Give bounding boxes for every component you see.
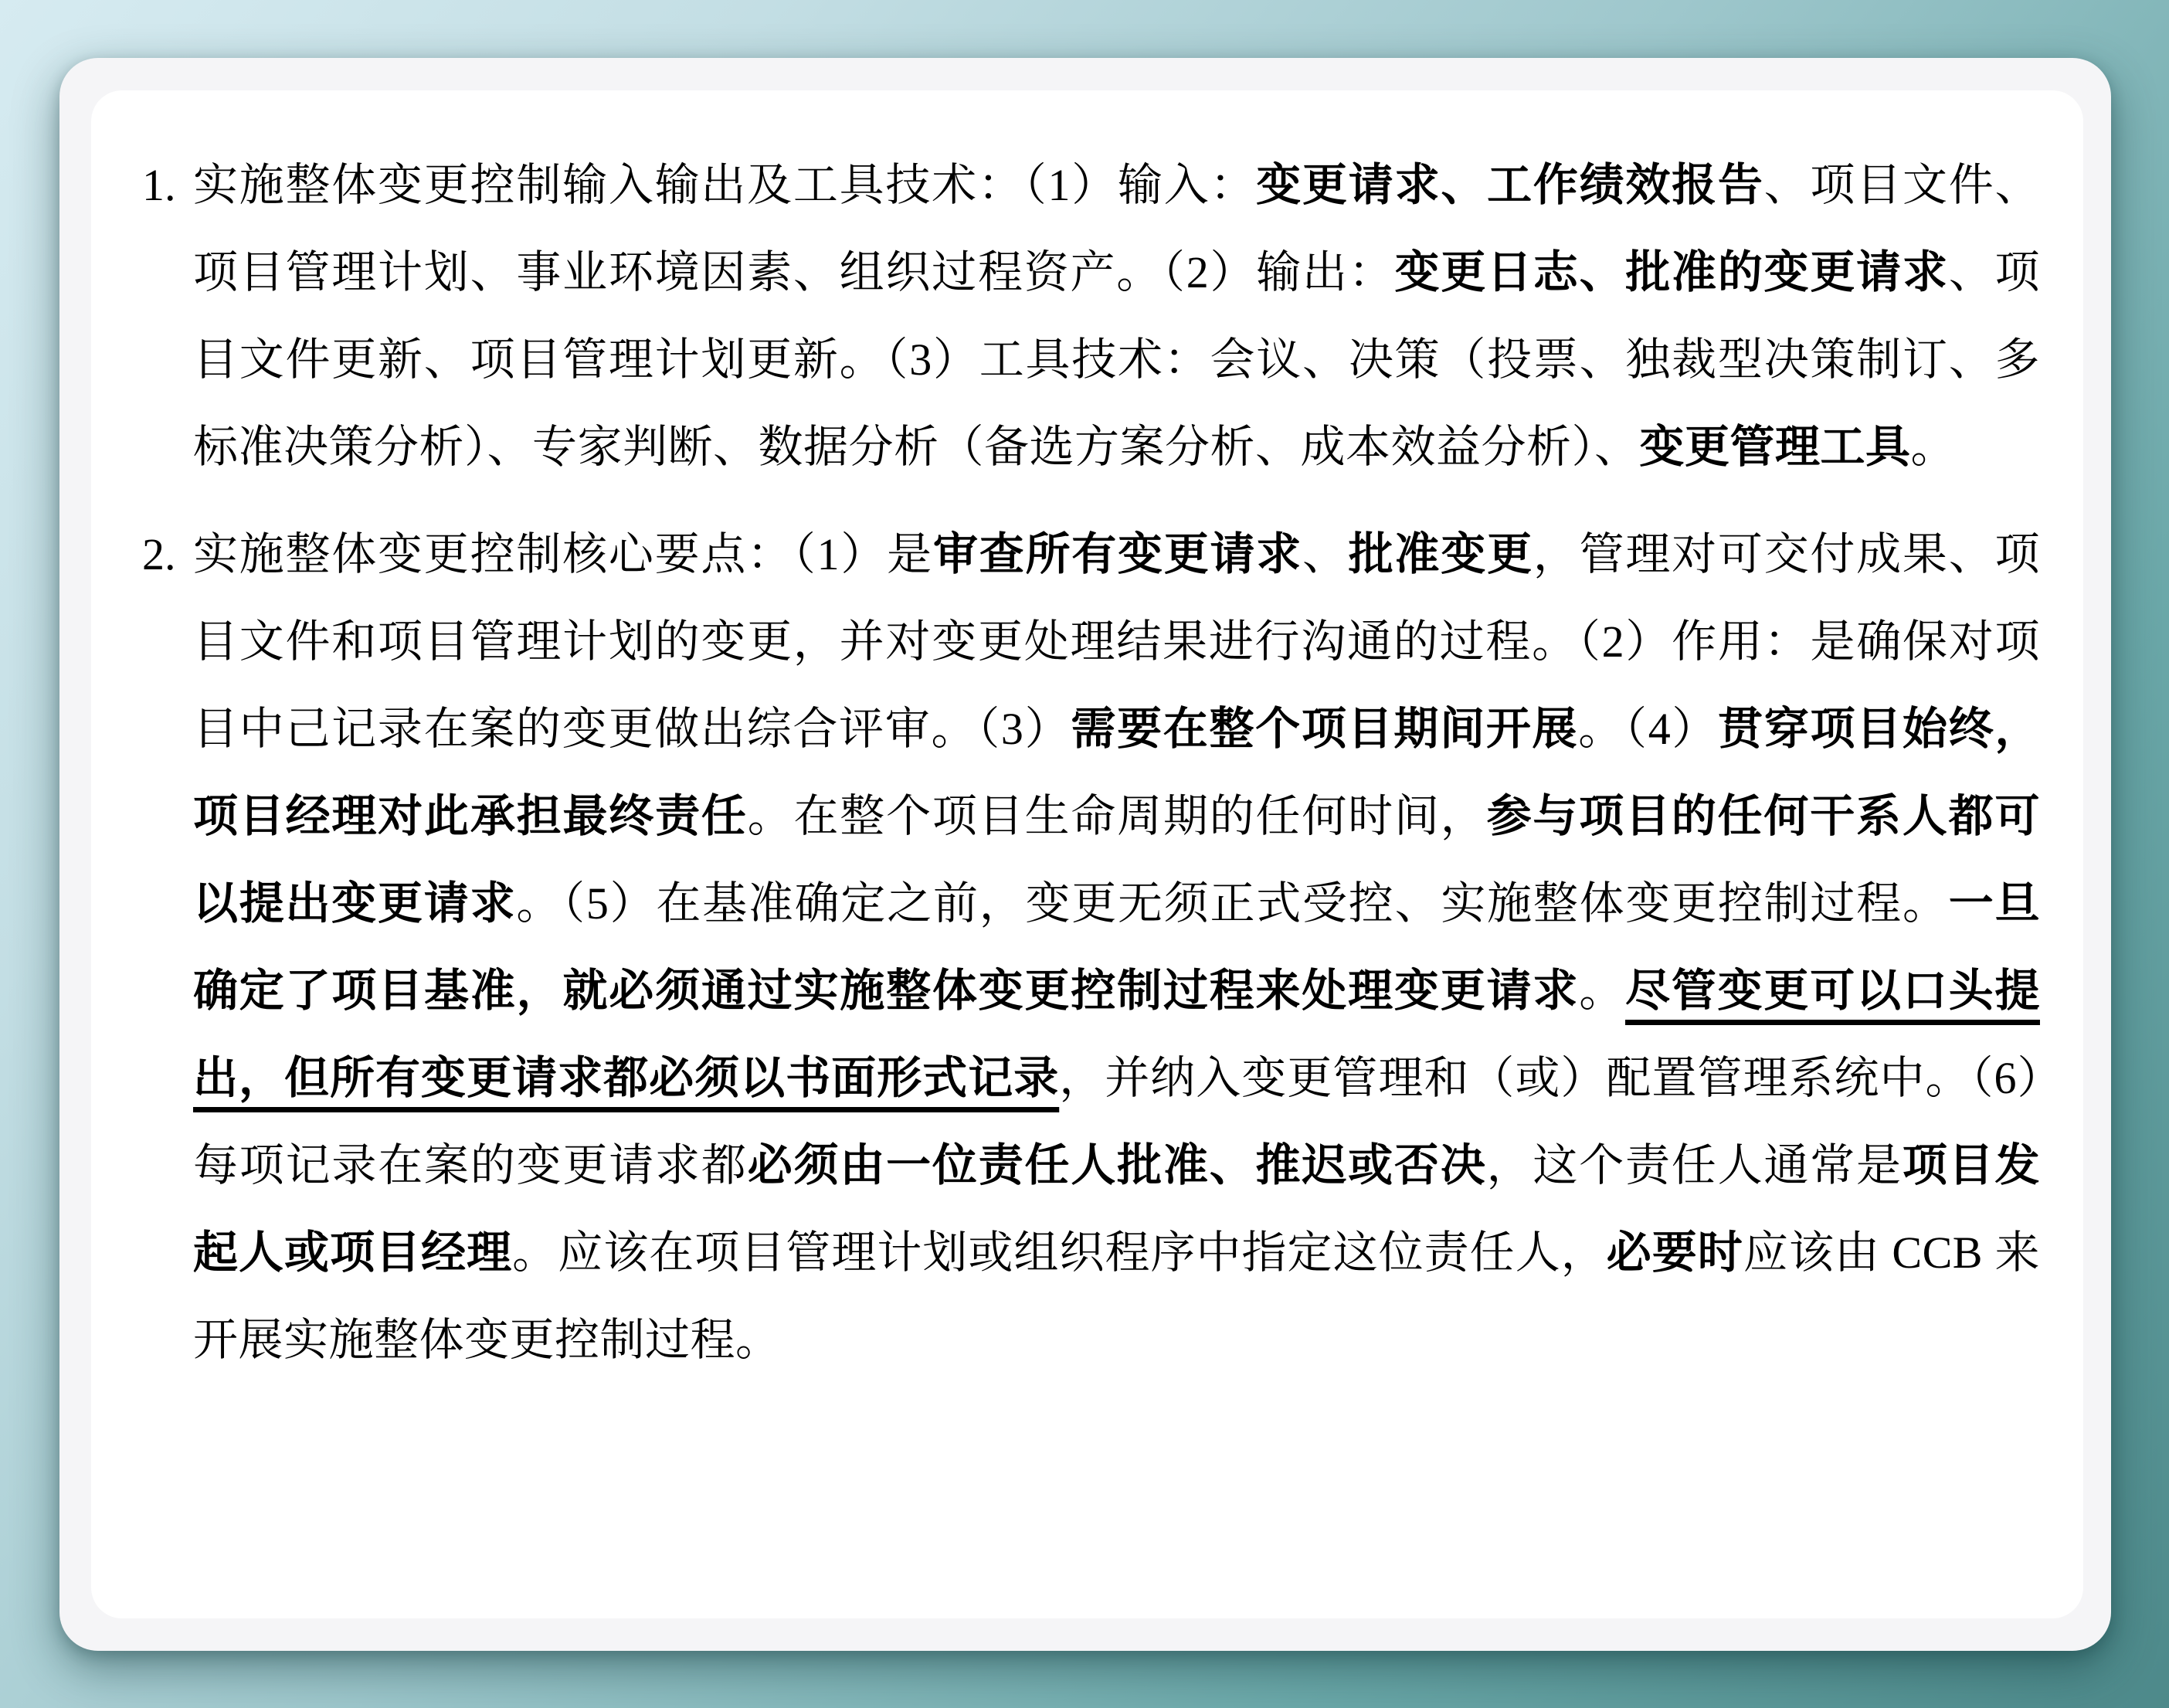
text-segment-bold: 需要在整个项目期间开展: [1071, 704, 1578, 754]
page-background: { "page": { "background_gradient": ["#d6…: [0, 0, 2169, 1708]
item-text: 实施整体变更控制输入输出及工具技术：（1）输入：变更请求、工作绩效报告、项目文件…: [193, 141, 2040, 491]
item-text: 实施整体变更控制核心要点：（1）是审查所有变更请求、批准变更，管理对可交付成果、…: [193, 511, 2040, 1384]
text-segment-bold: 审查所有变更请求: [933, 529, 1302, 579]
text-segment: 实施整体变更控制核心要点：（1）是: [193, 529, 933, 579]
text-segment: 、: [1302, 529, 1349, 579]
text-segment: 。: [1911, 422, 1957, 472]
text-segment-bold: 变更请求、工作绩效报告: [1256, 160, 1763, 210]
note-card-inner: 1.实施整体变更控制输入输出及工具技术：（1）输入：变更请求、工作绩效报告、项目…: [91, 90, 2083, 1618]
text-segment: 。在整个项目生命周期的任何时间，: [748, 791, 1487, 841]
item-number: 1.: [142, 141, 193, 229]
text-segment: 。: [1579, 966, 1625, 1016]
text-segment: ，这个责任人通常是: [1487, 1140, 1903, 1190]
text-segment: 。（5）在基准确定之前，变更无须正式受控、实施整体变更控制过程。: [516, 878, 1948, 929]
text-segment-bold: 变更日志、批准的变更请求: [1395, 247, 1949, 297]
note-card: 1.实施整体变更控制输入输出及工具技术：（1）输入：变更请求、工作绩效报告、项目…: [59, 58, 2111, 1651]
text-segment: 实施整体变更控制输入输出及工具技术：（1）输入：: [193, 160, 1256, 210]
text-segment-bold: 批准变更: [1349, 529, 1533, 579]
text-segment-bold: 变更管理工具: [1640, 422, 1911, 472]
text-segment: 。应该在项目管理计划或组织程序中指定这位责任人，: [512, 1228, 1607, 1278]
item-number: 2.: [142, 511, 193, 598]
note-item: 2.实施整体变更控制核心要点：（1）是审查所有变更请求、批准变更，管理对可交付成…: [142, 511, 2040, 1384]
text-segment-bold: 必要时: [1607, 1228, 1743, 1278]
study-note-list: 1.实施整体变更控制输入输出及工具技术：（1）输入：变更请求、工作绩效报告、项目…: [91, 90, 2083, 1384]
text-segment-bold: 必须由一位责任人批准、推迟或否决: [748, 1140, 1487, 1190]
note-item: 1.实施整体变更控制输入输出及工具技术：（1）输入：变更请求、工作绩效报告、项目…: [142, 141, 2040, 491]
text-segment: 。（4）: [1578, 704, 1718, 754]
